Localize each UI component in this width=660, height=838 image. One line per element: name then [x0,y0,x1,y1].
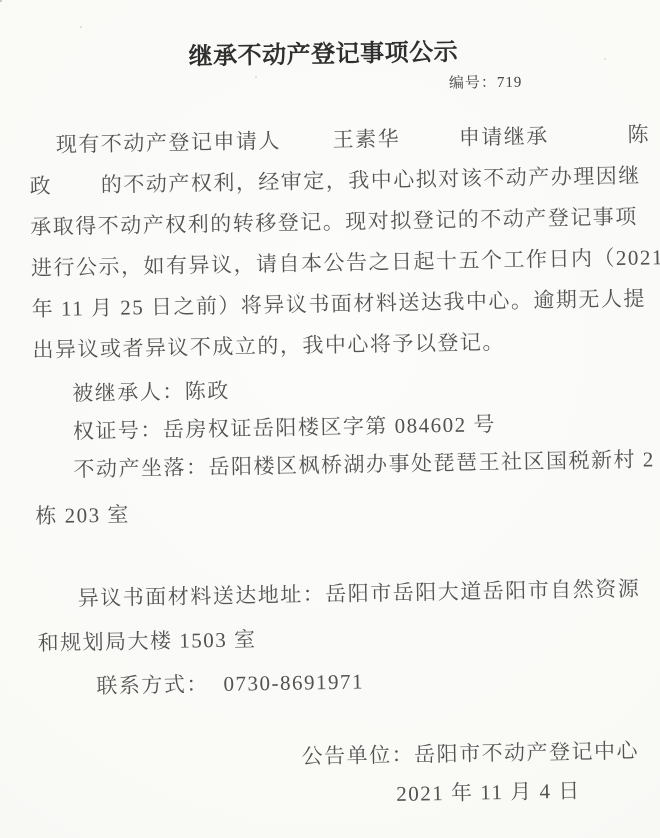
applicant-name: 王素华 [332,127,400,152]
doc-number: 编号：719 [449,70,654,94]
objection-section: 异议书面材料送达地址：岳阳市岳阳大道岳阳市自然资源 和规划局大楼 1503 室 … [2,566,660,709]
property-location-line-2: 栋 203 室 [35,486,660,535]
decedent-name-part-1: 陈 [627,122,650,146]
notice-sheet: 继承不动产登记事项公示 编号：719 现有不动产登记申请人 王素华 申请继承 陈… [0,0,660,838]
notice-date-line: 2021 年 11 月 4 日 [396,770,660,814]
contact-label: 联系方式： [96,672,209,698]
para-line-1-lead: 现有不动产登记申请人 [56,129,281,157]
notice-paragraph: 现有不动产登记申请人 王素华 申请继承 陈 政 的不动产权利，经审定，我中心拟对… [0,114,659,371]
issuing-authority-line: 公告单位：岳阳市不动产登记中心 [301,731,660,776]
decedent-name-part-2: 政 [29,174,52,198]
contact-line: 联系方式： 0730-8691971 [96,654,660,708]
notice-title: 继承不动产登记事项公示 [0,34,654,76]
scanned-notice-page: 继承不动产登记事项公示 编号：719 现有不动产登记申请人 王素华 申请继承 陈… [0,0,660,838]
para-line-2-rest: 的不动产权利，经审定，我中心拟对该不动产办理因继 [101,164,641,197]
notice-footer: 公告单位：岳阳市不动产登记中心 2021 年 11 月 4 日 [5,731,660,821]
property-details: 被继承人：陈政 权证号：岳房权证岳阳楼区字第 084602 号 不动产坐落：岳阳… [0,364,660,535]
para-line-1-mid: 申请继承 [459,124,549,150]
contact-phone-number: 0730-8691971 [223,669,364,695]
